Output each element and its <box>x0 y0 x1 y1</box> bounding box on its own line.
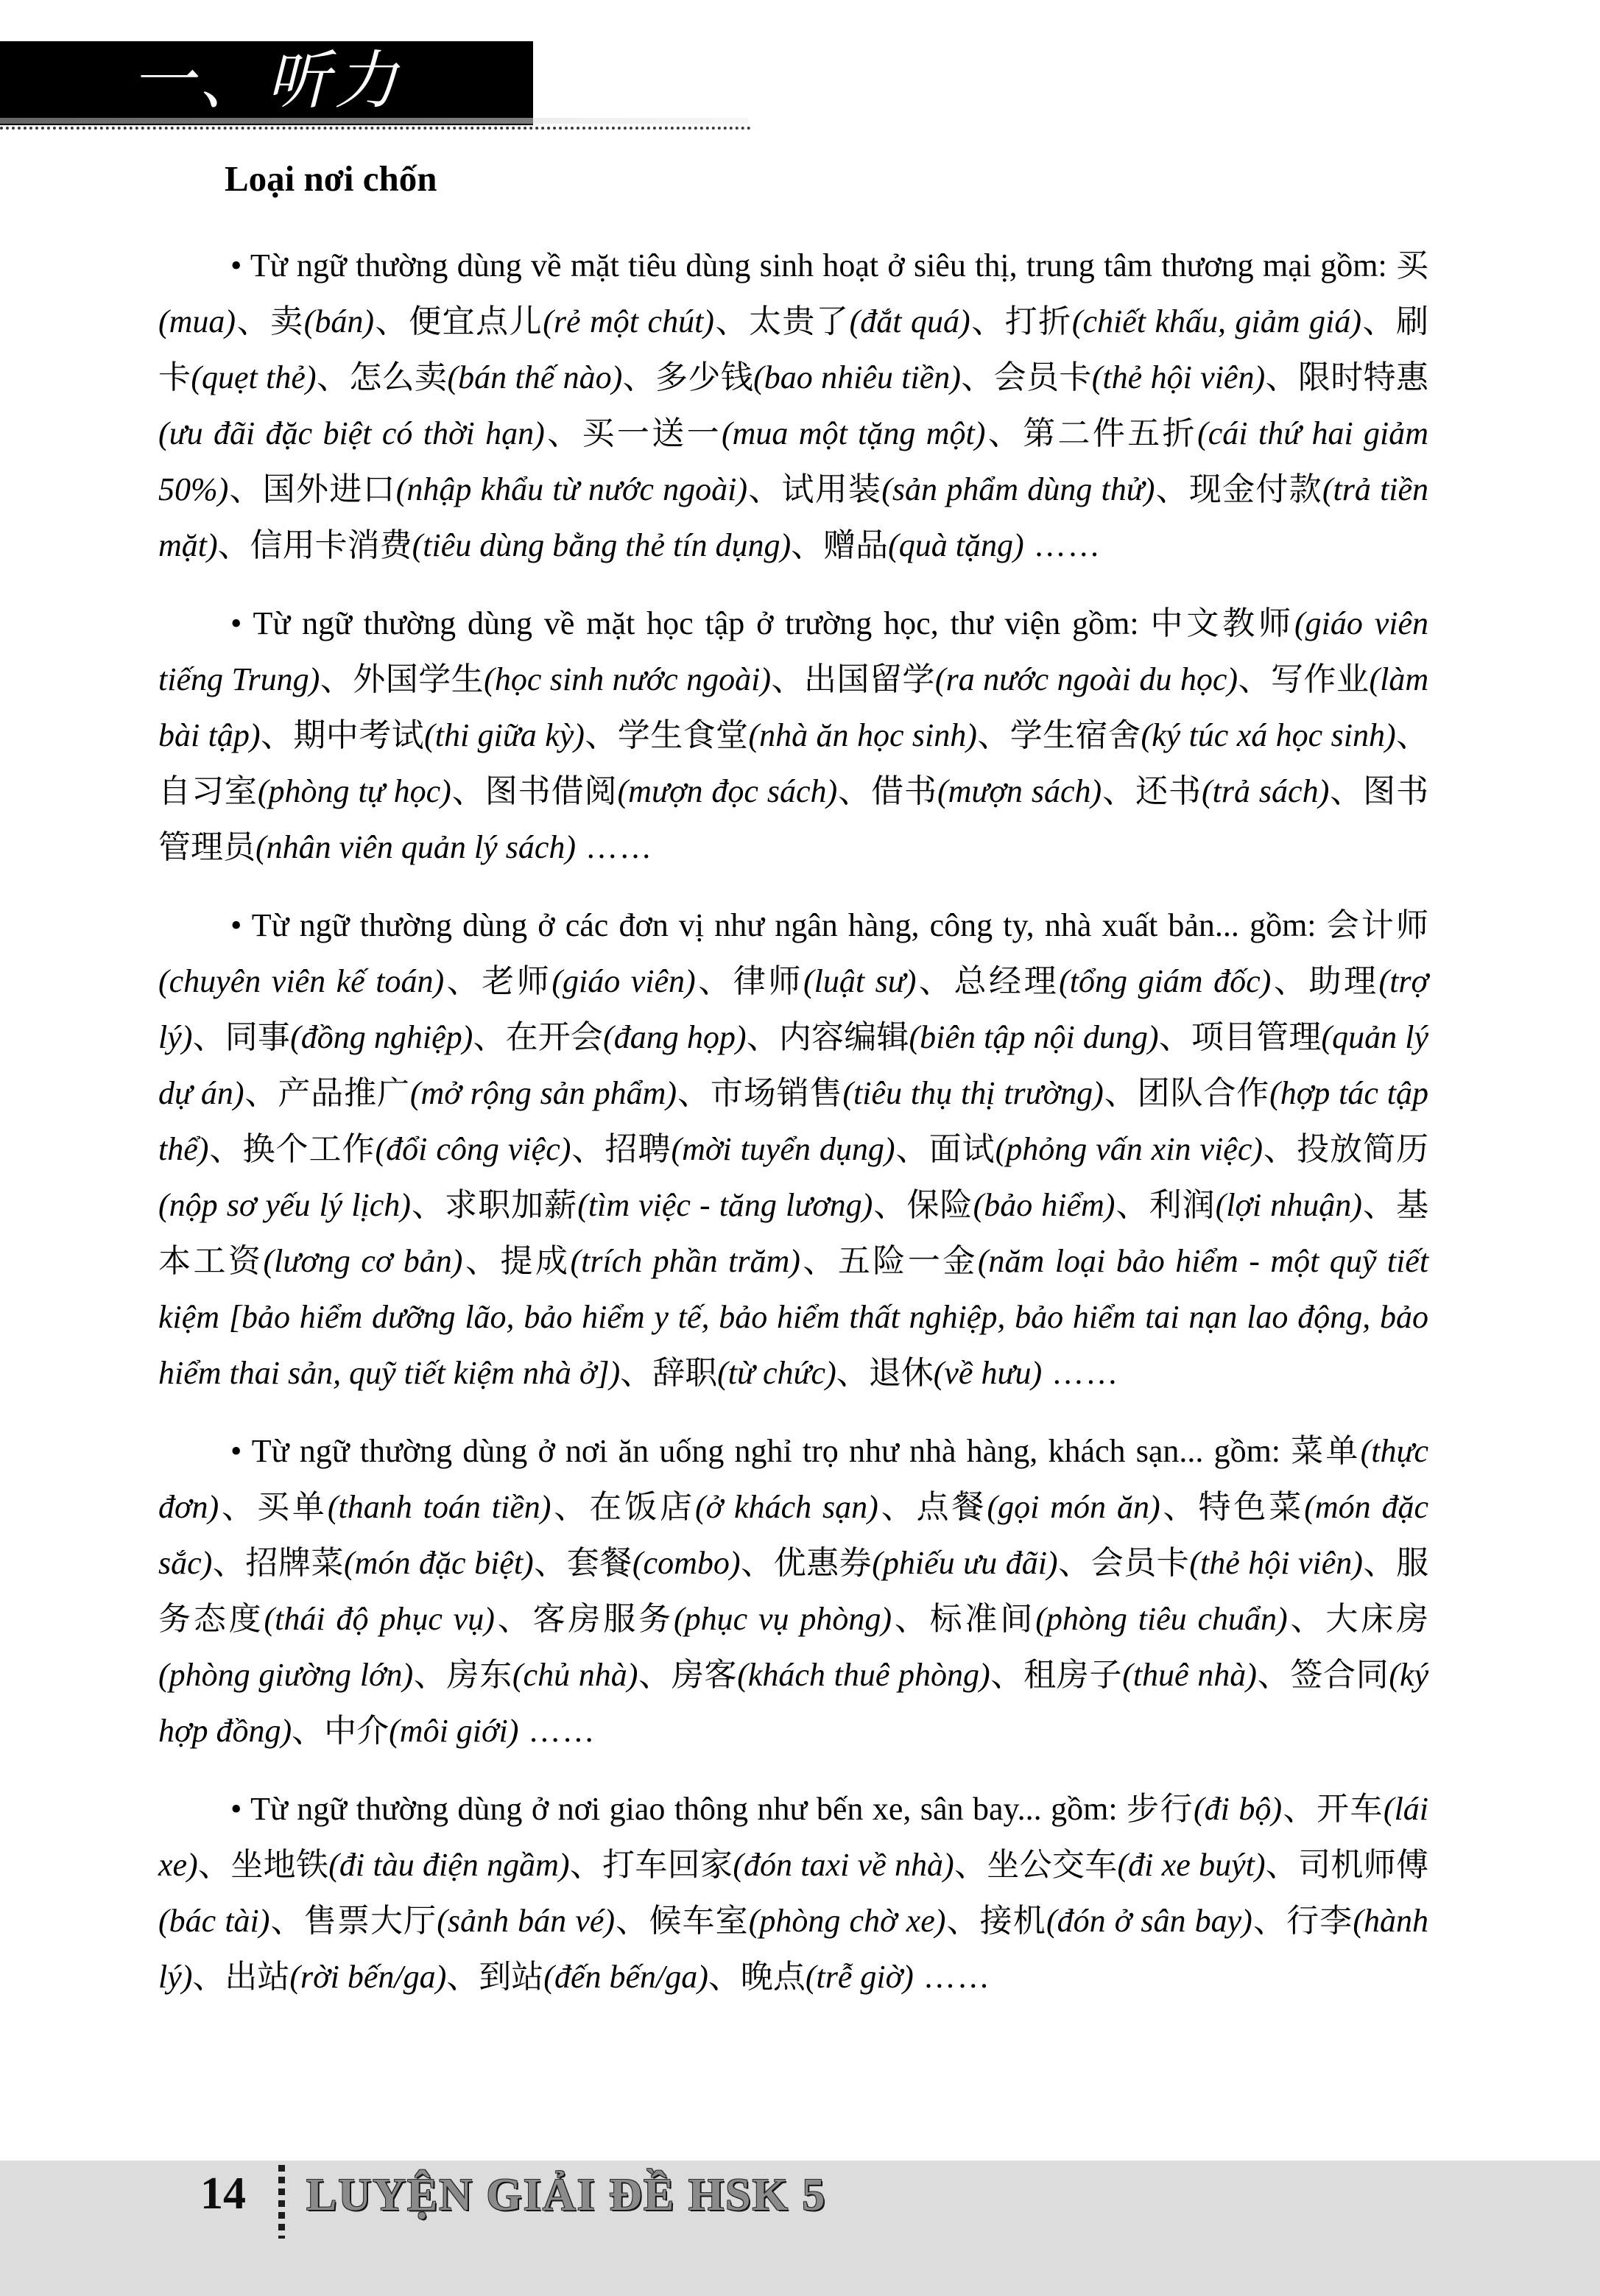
term-separator: 、 <box>1058 1545 1091 1581</box>
chinese-term: 投放简历 <box>1297 1131 1428 1167</box>
term-translation: (chiết khấu, giảm giá) <box>1072 303 1361 339</box>
chinese-term: 打车回家 <box>602 1847 733 1883</box>
term-separator: 、 <box>317 359 350 395</box>
term-separator: 、 <box>741 1545 774 1581</box>
term-separator: 、 <box>1159 1019 1191 1055</box>
term-separator: 、 <box>374 303 409 339</box>
term-translation: (trễ giờ) <box>806 1959 914 1995</box>
term-separator: 、 <box>1288 1601 1326 1637</box>
term-translation: (đi xe buýt) <box>1118 1847 1266 1883</box>
term-translation: (tiêu dùng bằng thẻ tín dụng) <box>412 527 792 563</box>
term-translation: (quà tặng) <box>888 527 1024 563</box>
term-translation: (thẻ hội viên) <box>1092 359 1265 395</box>
chinese-term: 招聘 <box>605 1131 671 1167</box>
term-translation: (đón ở sân bay) <box>1046 1903 1252 1939</box>
chinese-term: 试用装 <box>782 471 882 507</box>
paragraph-intro: • Từ ngữ thường dùng về mặt tiêu dùng si… <box>230 247 1396 284</box>
term-separator: 、 <box>236 303 270 339</box>
term-separator: 、 <box>228 471 262 507</box>
term-translation: (ưu đãi đặc biệt có thời hạn) <box>158 415 545 451</box>
paragraph-ellipsis: …… <box>914 1959 991 1995</box>
term-translation: (phòng tiêu chuẩn) <box>1035 1601 1288 1637</box>
term-translation: (đang họp) <box>603 1019 746 1055</box>
chinese-term: 开车 <box>1317 1791 1384 1827</box>
chinese-term: 自习室 <box>158 773 258 809</box>
chinese-term: 现金付款 <box>1189 471 1322 507</box>
term-translation: (thi giữa kỳ) <box>424 717 585 753</box>
chinese-term: 大床房 <box>1325 1601 1428 1637</box>
paragraph-ellipsis: …… <box>1042 1355 1119 1391</box>
topic-heading: Loại nơi chốn <box>225 158 437 200</box>
chinese-term: 老师 <box>482 963 551 999</box>
paragraph: • Từ ngữ thường dùng về mặt học tập ở tr… <box>158 596 1428 876</box>
term-separator: 、 <box>1257 1657 1290 1693</box>
paragraph-ellipsis: …… <box>1024 527 1102 563</box>
term-translation: (rời bến/ga) <box>289 1959 446 1995</box>
chinese-term: 市场销售 <box>711 1075 843 1111</box>
term-separator: 、 <box>1329 773 1363 809</box>
chinese-term: 买单 <box>257 1489 328 1525</box>
term-separator: 、 <box>261 717 294 753</box>
chinese-term: 会员卡 <box>1091 1545 1190 1581</box>
term-separator: 、 <box>570 1847 603 1883</box>
term-separator: 、 <box>1252 1903 1286 1939</box>
chinese-term: 赠品 <box>823 527 888 563</box>
chinese-term: 总经理 <box>954 963 1059 999</box>
term-translation: (lợi nhuận) <box>1216 1187 1362 1223</box>
term-translation: (tìm việc - tăng lương) <box>577 1187 873 1223</box>
term-separator: 、 <box>244 1075 278 1111</box>
term-separator: 、 <box>1160 1489 1199 1525</box>
chinese-term: 信用卡消费 <box>250 527 412 563</box>
chinese-term: 租房子 <box>1023 1657 1122 1693</box>
chinese-term: 出站 <box>225 1959 289 1995</box>
chinese-term: 面试 <box>929 1131 995 1167</box>
term-separator: 、 <box>534 1545 567 1581</box>
chinese-term: 售票大厅 <box>304 1903 437 1939</box>
chinese-term: 外国学生 <box>353 661 484 697</box>
term-translation: (mượn sách) <box>937 773 1102 809</box>
term-translation: (đổi công việc) <box>375 1131 571 1167</box>
term-separator: 、 <box>1271 963 1308 999</box>
term-separator: 、 <box>954 1847 987 1883</box>
term-separator: 、 <box>571 1131 605 1167</box>
term-translation: (mua) <box>158 303 236 339</box>
term-translation: (biên tập nội dung) <box>909 1019 1159 1055</box>
term-translation: (phỏng vấn xin việc) <box>995 1131 1263 1167</box>
chinese-term: 客房服务 <box>533 1601 674 1637</box>
term-separator: 、 <box>192 1019 225 1055</box>
term-translation: (phòng giường lớn) <box>158 1657 413 1693</box>
term-separator: 、 <box>1265 359 1298 395</box>
term-translation: (ký túc xá học sinh) <box>1141 717 1395 753</box>
section-banner: 一、听力 <box>0 41 533 125</box>
chinese-term: 点餐 <box>917 1489 987 1525</box>
term-separator: 、 <box>218 527 250 563</box>
chinese-term: 提成 <box>500 1243 570 1279</box>
chinese-term: 利润 <box>1149 1187 1216 1223</box>
section-title: 一、听力 <box>131 49 402 117</box>
term-translation: (thẻ hội viên) <box>1189 1545 1363 1581</box>
chinese-term: 套餐 <box>567 1545 632 1581</box>
term-translation: (trả sách) <box>1202 773 1329 809</box>
term-translation: (bảo hiểm) <box>973 1187 1116 1223</box>
term-translation: (ra nước ngoài du học) <box>935 661 1238 697</box>
term-translation: (phục vụ phòng) <box>674 1601 892 1637</box>
term-translation: (sản phẩm dùng thử) <box>881 471 1155 507</box>
term-separator: 、 <box>1104 1075 1138 1111</box>
term-translation: (giáo viên) <box>551 963 695 999</box>
chinese-term: 限时特惠 <box>1298 359 1428 395</box>
term-translation: (rẻ một chút) <box>543 303 714 339</box>
chinese-term: 五险一金 <box>838 1243 978 1279</box>
chinese-term: 坐地铁 <box>230 1847 328 1883</box>
term-translation: (tổng giám đốc) <box>1059 963 1271 999</box>
term-separator: 、 <box>462 1243 500 1279</box>
term-separator: 、 <box>615 1903 649 1939</box>
chinese-term: 学生宿舍 <box>1010 717 1141 753</box>
chinese-term: 产品推广 <box>278 1075 410 1111</box>
paragraph: • Từ ngữ thường dùng ở nơi ăn uống nghỉ … <box>158 1423 1428 1759</box>
term-separator: 、 <box>198 1847 231 1883</box>
page-number: 14 <box>200 2168 246 2220</box>
chinese-term: 换个工作 <box>242 1131 375 1167</box>
chinese-term: 退休 <box>869 1355 934 1391</box>
chinese-term: 房东 <box>447 1657 512 1693</box>
chinese-term: 特色菜 <box>1198 1489 1304 1525</box>
term-separator: 、 <box>878 1489 917 1525</box>
chinese-term: 便宜点儿 <box>409 303 543 339</box>
term-separator: 、 <box>714 303 749 339</box>
term-translation: (về hưu) <box>934 1355 1042 1391</box>
chinese-term: 保险 <box>906 1187 973 1223</box>
term-separator: 、 <box>413 1657 446 1693</box>
term-translation: (tiêu thụ thị trường) <box>842 1075 1103 1111</box>
chinese-term: 借书 <box>871 773 937 809</box>
paragraph: • Từ ngữ thường dùng ở các đơn vị như ng… <box>158 898 1428 1401</box>
term-separator: 、 <box>451 773 485 809</box>
term-translation: (khách thuê phòng) <box>737 1657 990 1693</box>
term-translation: (chủ nhà) <box>512 1657 638 1693</box>
term-separator: 、 <box>292 1713 324 1749</box>
term-translation: (phòng chờ xe) <box>749 1903 946 1939</box>
term-separator: 、 <box>1282 1791 1317 1827</box>
chinese-term: 候车室 <box>649 1903 748 1939</box>
term-translation: (thanh toán tiền) <box>328 1489 551 1525</box>
term-separator: 、 <box>1102 773 1135 809</box>
term-separator: 、 <box>192 1959 225 1995</box>
chinese-term: 在饭店 <box>589 1489 695 1525</box>
chinese-term: 卖 <box>270 303 304 339</box>
term-separator: 、 <box>495 1601 533 1637</box>
term-separator: 、 <box>892 1601 930 1637</box>
term-translation: (đi bộ) <box>1194 1791 1282 1827</box>
chinese-term: 司机师傅 <box>1298 1847 1428 1883</box>
term-translation: (nhà ăn học sinh) <box>748 717 976 753</box>
term-separator: 、 <box>916 963 954 999</box>
term-translation: (đắt quá) <box>850 303 970 339</box>
term-translation: (phiếu ưu đãi) <box>872 1545 1057 1581</box>
term-translation: (đồng nghiệp) <box>290 1019 473 1055</box>
chinese-term: 团队合作 <box>1138 1075 1270 1111</box>
term-translation: (bán thế nào) <box>447 359 622 395</box>
chinese-term: 助理 <box>1308 963 1378 999</box>
banner-shade <box>0 118 748 124</box>
term-separator: 、 <box>585 717 618 753</box>
term-separator: 、 <box>895 1131 929 1167</box>
paragraph: • Từ ngữ thường dùng về mặt tiêu dùng si… <box>158 238 1428 574</box>
term-translation: (quẹt thẻ) <box>191 359 316 395</box>
paragraph-ellipsis: …… <box>518 1713 596 1749</box>
paragraph: • Từ ngữ thường dùng ở nơi giao thông nh… <box>158 1781 1428 2005</box>
term-separator: 、 <box>970 303 1005 339</box>
chinese-term: 怎么卖 <box>349 359 447 395</box>
term-separator: 、 <box>411 1187 445 1223</box>
term-separator: 、 <box>873 1187 906 1223</box>
chinese-term: 会员卡 <box>994 359 1092 395</box>
term-separator: 、 <box>985 415 1023 451</box>
term-translation: (sảnh bán vé) <box>437 1903 615 1939</box>
chinese-term: 学生食堂 <box>618 717 749 753</box>
term-separator: 、 <box>1115 1187 1149 1223</box>
term-separator: 、 <box>444 963 482 999</box>
term-translation: (ở khách sạn) <box>695 1489 878 1525</box>
chinese-term: 中文教师 <box>1150 605 1294 641</box>
term-separator: 、 <box>208 1131 242 1167</box>
chinese-term: 辞职 <box>652 1355 717 1391</box>
term-separator: 、 <box>1155 471 1188 507</box>
term-translation: (thái độ phục vụ) <box>264 1601 495 1637</box>
term-translation: (từ chức) <box>717 1355 836 1391</box>
term-separator: 、 <box>747 471 781 507</box>
paragraph-intro: • Từ ngữ thường dùng ở các đơn vị như ng… <box>230 907 1327 943</box>
chinese-term: 写作业 <box>1271 661 1369 697</box>
term-translation: (bao nhiêu tiền) <box>753 359 961 395</box>
chinese-term: 签合同 <box>1290 1657 1389 1693</box>
term-separator: 、 <box>269 1903 303 1939</box>
chinese-term: 期中考试 <box>293 717 424 753</box>
term-separator: 、 <box>836 1355 869 1391</box>
term-separator: 、 <box>696 963 733 999</box>
term-separator: 、 <box>622 359 655 395</box>
chinese-term: 到站 <box>479 1959 543 1995</box>
term-separator: 、 <box>708 1959 741 1995</box>
term-translation: (món đặc biệt) <box>344 1545 534 1581</box>
term-separator: 、 <box>620 1355 652 1391</box>
chinese-term: 多少钱 <box>655 359 753 395</box>
chinese-term: 同事 <box>225 1019 290 1055</box>
term-translation: (mua một tặng một) <box>722 415 985 451</box>
term-separator: 、 <box>551 1489 589 1525</box>
term-translation: (đến bến/ga) <box>543 1959 708 1995</box>
term-separator: 、 <box>219 1489 257 1525</box>
term-translation: (chuyên viên kế toán) <box>158 963 444 999</box>
paragraph-intro: • Từ ngữ thường dùng ở nơi ăn uống nghỉ … <box>230 1433 1291 1469</box>
paragraph-intro: • Từ ngữ thường dùng ở nơi giao thông nh… <box>230 1791 1127 1827</box>
term-translation: (nhập khẩu từ nước ngoài) <box>396 471 747 507</box>
chinese-term: 坐公交车 <box>987 1847 1117 1883</box>
term-separator: 、 <box>1396 717 1428 753</box>
dotted-divider <box>0 127 751 130</box>
term-translation: (nhân viên quản lý sách) <box>255 829 576 865</box>
chinese-term: 出国留学 <box>804 661 935 697</box>
paragraph-intro: • Từ ngữ thường dùng về mặt học tập ở tr… <box>230 605 1150 641</box>
term-translation: (luật sư) <box>803 963 916 999</box>
chinese-term: 在开会 <box>506 1019 603 1055</box>
chinese-term: 晚点 <box>741 1959 806 1995</box>
term-translation: (lương cơ bản) <box>263 1243 462 1279</box>
term-separator: 、 <box>473 1019 505 1055</box>
term-separator: 、 <box>961 359 994 395</box>
term-separator: 、 <box>1263 1131 1297 1167</box>
chinese-term: 买一送一 <box>582 415 722 451</box>
footer-divider <box>278 2165 285 2239</box>
chinese-term: 律师 <box>733 963 803 999</box>
paragraph-ellipsis: …… <box>576 829 653 865</box>
chinese-term: 买 <box>1396 247 1428 284</box>
chinese-term: 国外进口 <box>263 471 396 507</box>
chinese-term: 标准间 <box>930 1601 1036 1637</box>
chinese-term: 太贵了 <box>749 303 850 339</box>
term-translation: (mở rộng sản phẩm) <box>410 1075 677 1111</box>
term-separator: 、 <box>837 773 871 809</box>
term-separator: 、 <box>977 717 1010 753</box>
term-separator: 、 <box>800 1243 838 1279</box>
book-title: LUYỆN GIẢI ĐỀ HSK 5 <box>306 2169 826 2222</box>
chinese-term: 项目管理 <box>1191 1019 1322 1055</box>
term-separator: 、 <box>1266 1847 1299 1883</box>
term-separator: 、 <box>1238 661 1271 697</box>
chinese-term: 内容编辑 <box>779 1019 909 1055</box>
term-translation: (nộp sơ yếu lý lịch) <box>158 1187 411 1223</box>
term-separator: 、 <box>1362 1187 1396 1223</box>
term-translation: (combo) <box>632 1545 741 1581</box>
chinese-term: 优惠券 <box>774 1545 873 1581</box>
chinese-term: 第二件五折 <box>1023 415 1197 451</box>
book-page: 一、听力 Loại nơi chốn • Từ ngữ thường dùng … <box>0 0 1600 2296</box>
page-footer: 14 LUYỆN GIẢI ĐỀ HSK 5 <box>0 2161 1600 2296</box>
term-translation: (trích phần trăm) <box>570 1243 800 1279</box>
term-separator: 、 <box>990 1657 1023 1693</box>
term-translation: (môi giới) <box>389 1713 518 1749</box>
term-separator: 、 <box>638 1657 671 1693</box>
chinese-term: 还书 <box>1135 773 1202 809</box>
term-translation: (đón taxi về nhà) <box>733 1847 954 1883</box>
chinese-term: 接机 <box>980 1903 1046 1939</box>
term-translation: (mời tuyển dụng) <box>671 1131 895 1167</box>
chinese-term: 求职加薪 <box>445 1187 577 1223</box>
chinese-term: 步行 <box>1127 1791 1194 1827</box>
term-translation: (mượn đọc sách) <box>618 773 838 809</box>
term-translation: (bán) <box>304 303 374 339</box>
chinese-term: 菜单 <box>1291 1433 1360 1469</box>
chinese-term: 打折 <box>1005 303 1072 339</box>
term-separator: 、 <box>212 1545 245 1581</box>
term-separator: 、 <box>747 1019 779 1055</box>
content-area: • Từ ngữ thường dùng về mặt tiêu dùng si… <box>158 238 1428 2027</box>
chinese-term: 招牌菜 <box>245 1545 344 1581</box>
term-separator: 、 <box>320 661 353 697</box>
term-separator: 、 <box>545 415 582 451</box>
term-translation: (bác tài) <box>158 1903 269 1939</box>
term-separator: 、 <box>1361 303 1396 339</box>
term-separator: 、 <box>446 1959 479 1995</box>
chinese-term: 房客 <box>672 1657 737 1693</box>
chinese-term: 中介 <box>324 1713 389 1749</box>
term-separator: 、 <box>1363 1545 1396 1581</box>
chinese-term: 行李 <box>1286 1903 1353 1939</box>
term-separator: 、 <box>945 1903 979 1939</box>
term-translation: (thuê nhà) <box>1122 1657 1257 1693</box>
term-translation: (gọi món ăn) <box>987 1489 1160 1525</box>
chinese-term: 图书借阅 <box>485 773 618 809</box>
term-separator: 、 <box>771 661 804 697</box>
term-translation: (học sinh nước ngoài) <box>484 661 771 697</box>
term-separator: 、 <box>791 527 823 563</box>
chinese-term: 会计师 <box>1327 907 1428 943</box>
term-separator: 、 <box>677 1075 711 1111</box>
term-translation: (đi tàu điện ngầm) <box>328 1847 569 1883</box>
term-translation: (phòng tự học) <box>258 773 451 809</box>
